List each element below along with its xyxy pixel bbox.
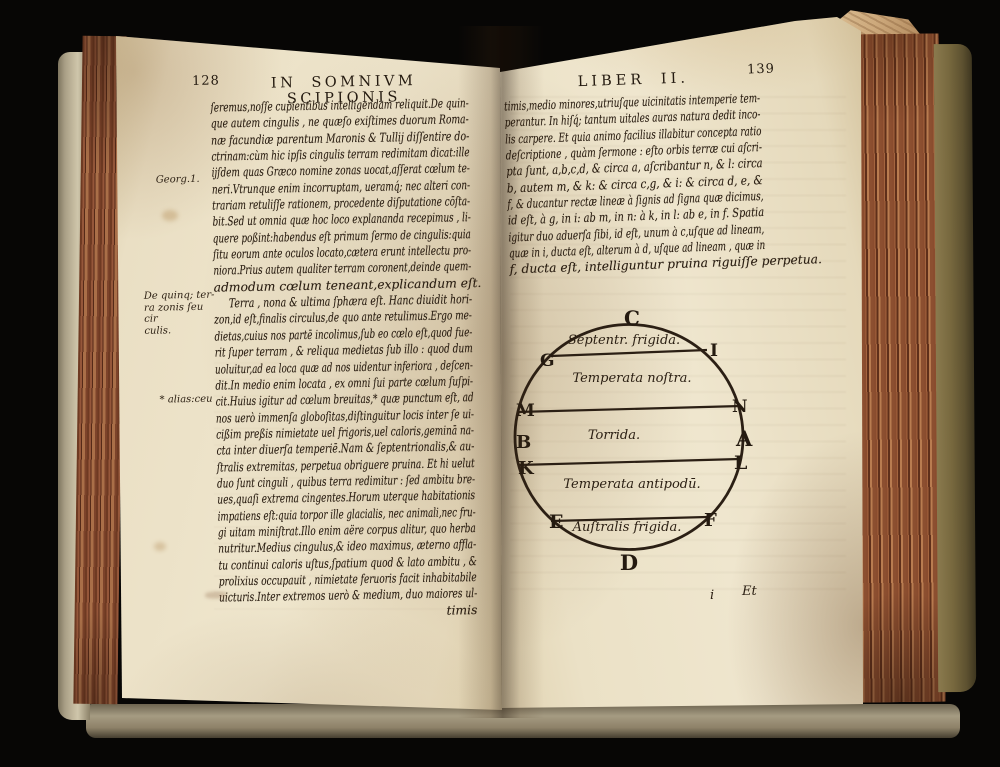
right-folio-number: 139 [747, 62, 775, 78]
left-folio-number: 128 [192, 73, 220, 88]
margin-note-five-zones: De quinq; ter- ra zonis ſeu cir culis. [144, 290, 219, 337]
diagram-letter: D [620, 550, 638, 575]
bottom-cover-edge [86, 704, 960, 738]
text-line-content: timis [446, 602, 477, 619]
right-cover-edge [934, 44, 977, 692]
left-page: 128 IN SOMNIVM SCIPIONIS Georg.1. De qui… [110, 30, 502, 720]
diagram-letter: B [516, 432, 531, 453]
ink-smudge [205, 591, 227, 598]
zone-label: Temperata antipodū. [563, 477, 700, 492]
right-text-block: timis,medio minores,utriuſque uicinitati… [504, 90, 766, 278]
margin-note-alias: * alias:ceu [160, 393, 224, 406]
left-text-block: ſeremus,noſſe cupientibus intelligendam … [210, 95, 477, 622]
diagram-letter: M [516, 401, 535, 421]
zone-diagram-svg: Septentr. frigida. Temperata noſtra. Tor… [504, 298, 754, 576]
diagram-letter: E [549, 511, 563, 533]
zone-label: Torrida. [588, 428, 640, 443]
margin-note-line: ra zonis ſeu cir [144, 301, 218, 325]
margin-note-georgics: Georg.1. [156, 174, 218, 187]
zone-label: Auſtralis frigida. [572, 520, 682, 535]
diagram-letter: A [735, 426, 753, 451]
zone-boundary-line [551, 350, 707, 356]
right-page: LIBER II. 139 timis,medio minores,utriuſ… [496, 10, 864, 710]
zone-boundary-line [517, 406, 741, 412]
book-photograph: 128 IN SOMNIVM SCIPIONIS Georg.1. De qui… [0, 0, 1000, 767]
zone-label: Temperata noſtra. [572, 371, 691, 386]
diagram-letter: G [540, 351, 555, 371]
right-page-fore-edge [851, 34, 946, 703]
signature-mark: i [710, 588, 714, 603]
catchword: Et [742, 584, 757, 599]
diagram-letter: N [732, 397, 748, 417]
left-page-content: 128 IN SOMNIVM SCIPIONIS Georg.1. De qui… [105, 27, 509, 724]
diagram-letter: F [704, 510, 717, 531]
zonal-diagram: Septentr. frigida. Temperata noſtra. Tor… [504, 298, 754, 576]
zone-boundary-line [518, 459, 740, 465]
diagram-letter: I [710, 341, 718, 361]
diagram-letter: C [624, 306, 640, 330]
diagram-letter: K [518, 458, 535, 479]
diagram-letter: L [734, 452, 747, 474]
margin-note-line: De quinq; ter- [144, 290, 218, 303]
margin-note-line: culis. [144, 324, 218, 337]
right-running-title: LIBER II. [553, 70, 713, 91]
text-line: timis [219, 602, 477, 623]
zone-label: Septentr. frigida. [568, 333, 680, 348]
